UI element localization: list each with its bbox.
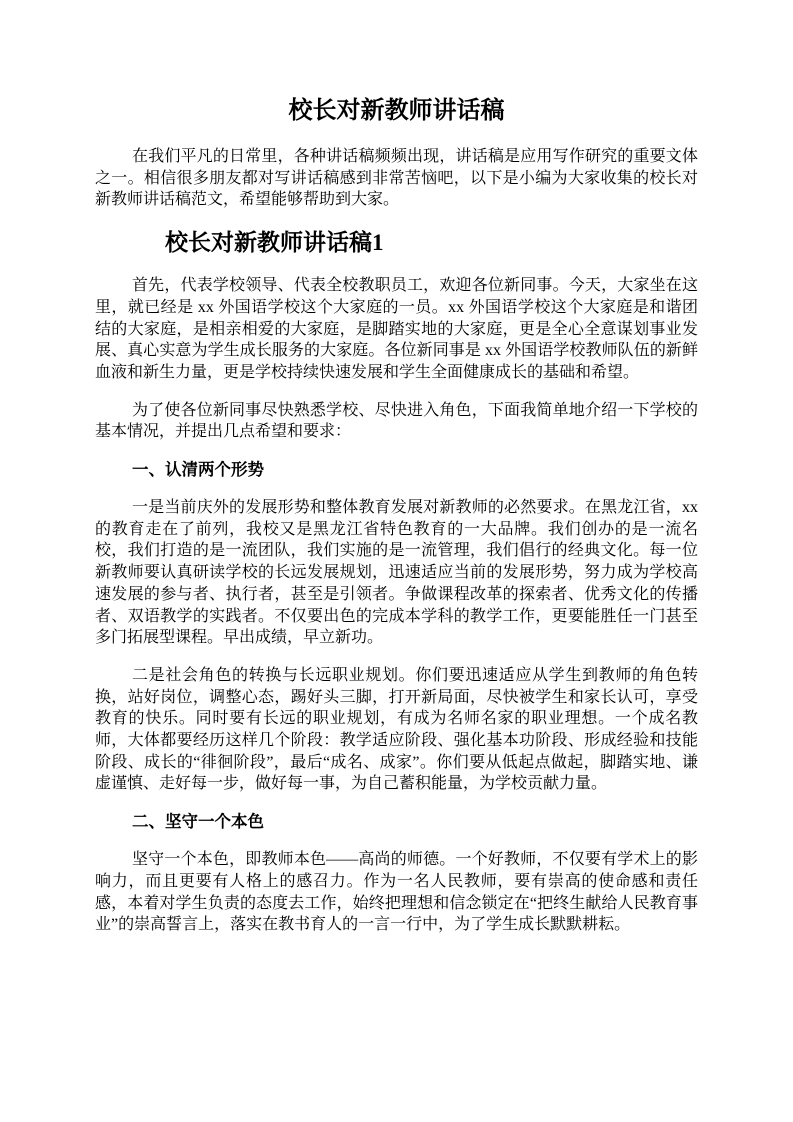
paragraph-welcome: 首先，代表学校领导、代表全校教职员工，欢迎各位新同事。今天，大家坐在这里，就已经…	[95, 275, 698, 384]
section-heading: 校长对新教师讲话稿1	[95, 227, 698, 259]
subheading-two-situations: 一、认清两个形势	[95, 459, 698, 481]
paragraph-principle: 坚守一个本色，即教师本色——高尚的师德。一个好教师，不仅要有学术上的影响力，而且…	[95, 849, 698, 936]
subheading-one-principle: 二、坚守一个本色	[95, 811, 698, 833]
document-title: 校长对新教师讲话稿	[95, 96, 698, 126]
intro-paragraph: 在我们平凡的日常里，各种讲话稿频频出现，讲话稿是应用写作研究的重要文体之一。相信…	[95, 146, 698, 211]
document-page: 校长对新教师讲话稿 在我们平凡的日常里，各种讲话稿频频出现，讲话稿是应用写作研究…	[0, 0, 793, 1122]
paragraph-situation-one: 一是当前庆外的发展形势和整体教育发展对新教师的必然要求。在黑龙江省，xx 的教育…	[95, 497, 698, 649]
paragraph-overview: 为了使各位新同事尽快熟悉学校、尽快进入角色，下面我简单地介绍一下学校的基本情况，…	[95, 400, 698, 443]
paragraph-situation-two: 二是社会角色的转换与长远职业规划。你们要迅速适应从学生到教师的角色转换，站好岗位…	[95, 665, 698, 795]
